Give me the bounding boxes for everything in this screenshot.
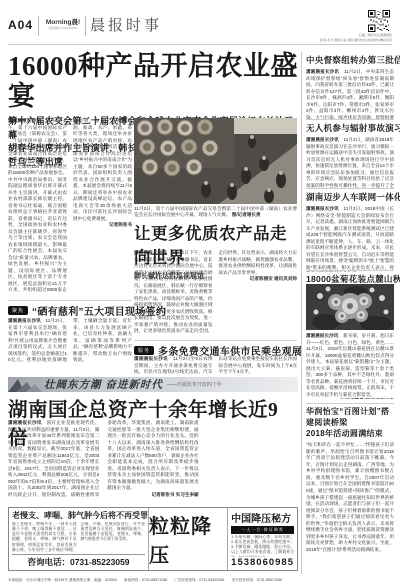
article-rule: [306, 119, 394, 120]
logo-subtext: 潇湘晨报 XIAOXIANG: [44, 26, 82, 30]
ad-right-bar: 一人一方·辨证调养: [231, 526, 294, 534]
newspaper-logo: Morning晨! 潇湘晨报 XIAOXIANG: [44, 17, 82, 30]
transport-body: 潇湘晨报长沙讯 11月2日至5日农博会期间，主办方开通多条免费交通专线，市民可在…: [134, 356, 297, 376]
right-article-drone: 无人机参与辐射事故演习 潇湘晨报长沙讯 11月2日，湖南省2018年辐射事故应急…: [306, 122, 394, 189]
byline: 记者陈张书: [73, 222, 132, 229]
photo-credit: 图/记者谢长贵: [232, 212, 261, 217]
page-header: A04 Morning晨! 潇湘晨报 XIAOXIANG 晨报时事: [8, 12, 392, 40]
photo-caption: 11月2日，第十六届中国国际农产品交易会暨第二十届中国中部（湖南）农业博览会在长…: [134, 206, 297, 219]
second-story-body: 潇湘晨报长沙讯 11月2日下午，农业农村部部长韩长赋，省委副书记、省长许达哲先后…: [134, 250, 297, 336]
dateline: 潇湘晨报长沙讯: [306, 333, 343, 338]
ad-center-panel: 粒粒降压: [149, 508, 228, 570]
banner-subtitle: ——庆祝改革开放四十年: [167, 381, 222, 388]
chrysanthemum-photo: [306, 284, 394, 330]
ad-product-title: 粒粒降压: [149, 510, 227, 568]
right-article-chrysanthemum-body: 潇湘晨报长沙讯 新买菊、岁月菊、旭日东升——红色、紫色、白色、绿色、黄色……11…: [306, 333, 394, 399]
article-body: “每天和你在一起不停忙……”伴随孩子们清脆的歌声，华润怡宝百所图书馆计划2018…: [306, 442, 394, 578]
byline: 记者陈丽安 通讯员刘帅: [219, 276, 298, 283]
ad-phone-left: 咨询电话：0731-85223059: [12, 554, 145, 568]
ad-right-panel: 中国降压秘方 一人一方·辨证调养 1.头晕头痛、胸闷心悸、耳鸣失眠；2.血压忽高…: [228, 508, 297, 570]
reform-anniversary-banner: 壮阔东方潮 奋进新时代 ——庆祝改革开放四十年: [8, 377, 298, 392]
selenium-headline: “硒有慈利”五大项目现场签约: [32, 303, 166, 318]
body-text: 11月2日，在第十六届农交会现场，张家界市慈利县举行“硒有慈利”区域公用品牌推介…: [8, 318, 132, 362]
body-text: 11月2日，中央第四生态环境保护督察组“回头看”督察进驻湖南期间，向我省转办第三…: [306, 69, 394, 119]
byline: 文/记者黎棠 图/记者谢长贵: [306, 398, 394, 399]
lead-story-body: 潇湘晨报长沙讯 11月2日上午，第十六届中国国际农产品交易会（简称农交会）、第二…: [8, 118, 132, 300]
body-text: 11月2日，湖南省2018年辐射事故应急演习在长沙举行，演习模拟一枚放射源在运输…: [306, 137, 394, 189]
header-divider: [85, 16, 86, 36]
body-text: 11月2日下午，农业农村部部长韩长赋，省委副书记、省长许达哲先后来到长沙国际会展…: [134, 250, 297, 333]
logo-text: Morning晨!: [44, 17, 82, 26]
right-article-inspection: 中央督察组转办第三批信访件 潇湘晨报长沙讯 11月2日，中央第四生态环境保护督察…: [306, 54, 394, 119]
article-rule: [306, 270, 394, 271]
selenium-body: 潇湘晨报长沙讯 11月2日，在第十六届农交会现场，张家界市慈利县举行“硒有慈利”…: [8, 318, 132, 370]
body-text: 新买菊、岁月菊、旭日东升——红色、紫色、白色、绿色、黄色……11月2日，2018…: [306, 333, 394, 397]
article-body: 潇湘晨报长沙讯 11月2日，湖南省2018年辐射事故应急演习在长沙举行，演习模拟…: [306, 137, 394, 189]
article-headline: 湖南迈步人车联网一体化: [306, 191, 394, 203]
section-tag: 聚焦: [8, 306, 28, 315]
qr-caption: 扫描二维码关注潇湘晨报 资讯+长沙 最新头条·晨报 爆料热线 独家策划·精彩资讯: [320, 33, 392, 42]
column-divider: [301, 52, 302, 574]
dateline: 潇湘晨报长沙讯: [8, 318, 46, 323]
banner-title: 壮阔东方潮 奋进新时代: [44, 377, 163, 392]
soe-story-body: 潇湘晨报长沙讯 国有企业是推进现代化、保障人民共同利益的重要力量。11月2日，湖…: [8, 420, 298, 504]
article-headline: 无人机参与辐射事故演习: [306, 122, 394, 134]
dateline: 潇湘晨报长沙讯: [306, 137, 343, 142]
caption-text: 11月2日，第十六届中国国际农产品交易会暨第二十届中国中部（湖南）农业博览会在长…: [134, 206, 297, 217]
page-number: A04: [8, 18, 33, 32]
ad-headline: 老慢支、哮喘、肺气肿今后将不再受罪: [12, 510, 145, 521]
body-text: 11月2日上午，第十六届中国国际农产品交易会（简称农交会）、第二十届中国中部（湖…: [8, 118, 132, 292]
article-headline: 中央督察组转办第三批信访件: [306, 54, 394, 66]
right-article-vehicle-network: 湖南迈步人车联网一体化 潇湘晨报长沙讯 11月2日，2018中国（长沙）网络安全…: [306, 191, 394, 272]
page-footer: 本报地址：长沙市湘江中路一段199号 潇湘晨报大厦 邮编：410004 新闻热线…: [8, 578, 392, 583]
article-rule: [306, 188, 394, 189]
dateline: 潇湘晨报长沙讯: [134, 356, 173, 361]
ad-body-text: 患上老慢支、哮喘多年，一到冬天就咳个不停，晚上咳得睡不着觉……这是许多老慢支患者…: [12, 522, 145, 554]
article-body: 潇湘晨报长沙讯 11月2日，2018中国（长沙）网络安全·智能制造大会新闻发布会…: [306, 206, 394, 272]
section-tag: 服务: [134, 346, 154, 355]
body-text: “每天和你在一起不停忙……”伴随孩子们清脆的歌声，华润怡宝百所图书馆计划2018…: [306, 442, 394, 551]
wave-graphic-icon: [8, 377, 42, 392]
byline: 记者陈张书 实习生李颖: [107, 492, 198, 499]
dateline: 潇湘晨报长沙讯: [8, 420, 47, 425]
header-rule: [8, 44, 392, 45]
article-body: 潇湘晨报长沙讯 11月2日，中央第四生态环境保护督察组“回头看”督察进驻湖南期间…: [306, 69, 394, 119]
qr-caption-line2: 资讯+长沙 最新头条·晨报 爆料热线 独家策划·精彩资讯: [320, 38, 392, 43]
header-divider: [38, 16, 39, 36]
section-masthead: 晨报时事: [90, 14, 162, 35]
section-rule: [8, 300, 132, 301]
dateline: 潇湘晨报长沙讯: [8, 118, 46, 123]
body-text: 11月2日，2018中国（长沙）网络安全·智能制造大会新闻发布会召开。记者获悉，…: [306, 206, 394, 272]
dateline: 潇湘晨报长沙讯: [134, 250, 172, 255]
ad-left-panel: 老慢支、哮喘、肺气肿今后将不再受罪 患上老慢支、哮喘多年，一到冬天就咳个不停，晚…: [9, 508, 149, 570]
right-article-library-program: 华润怡宝“百图计划”搭建阅读桥梁 2018年活动圆满结束 “每天和你在一起不停忙…: [306, 407, 394, 578]
newspaper-page: A04 Morning晨! 潇湘晨报 XIAOXIANG 晨报时事: [0, 0, 400, 588]
ad-right-body: 1.头晕头痛、胸闷心悸、耳鸣失眠；2.血压忽高忽低，降压药越吃越多；3.手脚发麻…: [231, 535, 294, 557]
article-body: 潇湘晨报长沙讯 新买菊、岁月菊、旭日东升——红色、紫色、白色、绿色、黄色……11…: [306, 333, 394, 399]
expo-market-photo: [134, 118, 297, 204]
article-headline-line2: 2018年活动圆满结束: [306, 429, 394, 440]
section-rule: [134, 340, 297, 341]
advertisement: 老慢支、哮喘、肺气肿今后将不再受罪 患上老慢支、哮喘多年，一到冬天就咳个不停，晚…: [8, 507, 298, 571]
article-headline-line1: 华润怡宝“百图计划”搭建阅读桥梁: [306, 407, 394, 429]
article-rule: [306, 403, 394, 404]
ad-phone-right: 1538060985: [231, 557, 294, 568]
lead-headline: 16000种产品开启农业盛宴: [8, 52, 298, 111]
body-text: 国有企业是推进现代化、保障人民共同利益的重要力量。11月2日，湖南省庆祝改革开放…: [8, 420, 199, 497]
dateline: 潇湘晨报长沙讯: [306, 69, 344, 74]
qr-code-icon: [368, 10, 390, 32]
selenium-section-header: 聚焦 “硒有慈利”五大项目现场签约: [8, 303, 166, 318]
ad-right-title: 中国降压秘方: [231, 510, 294, 525]
dateline: 潇湘晨报长沙讯: [306, 206, 343, 211]
